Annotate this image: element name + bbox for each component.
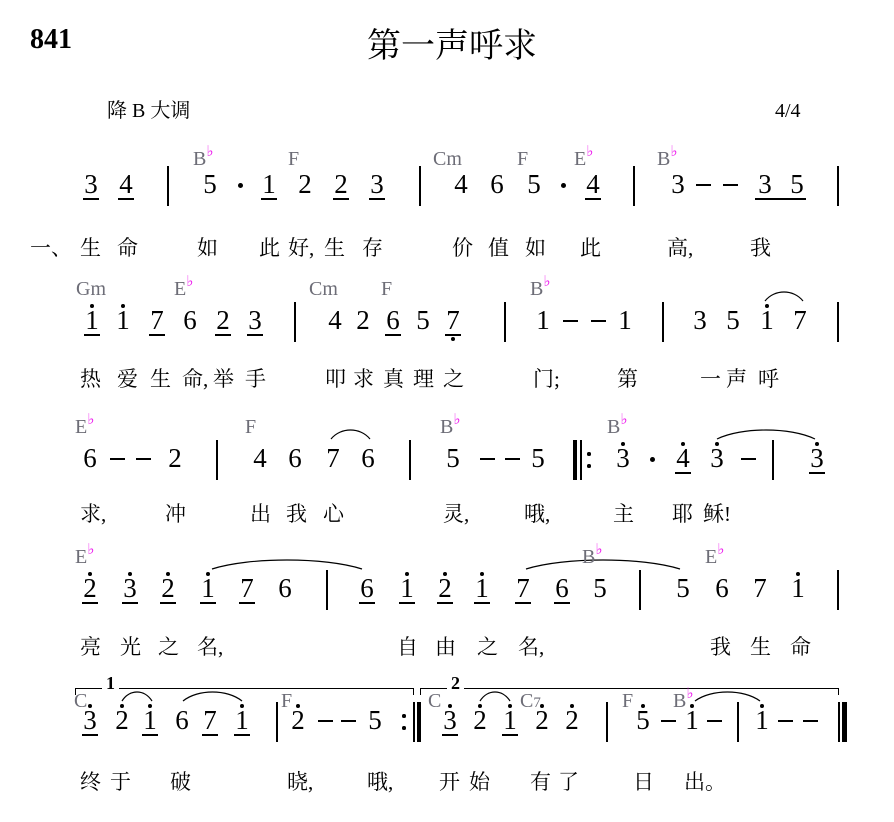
note: 1 <box>677 707 707 734</box>
octave-dot-above <box>641 704 645 708</box>
note-digit: 2 <box>291 705 305 735</box>
note-digit: 1 <box>503 705 517 735</box>
note-digit: 1 <box>755 705 769 735</box>
note: 1 <box>747 707 777 734</box>
eighth-underline <box>142 734 158 736</box>
octave-dot-above <box>690 704 694 708</box>
note-digit: 2 <box>565 705 579 735</box>
note-digit: 1 <box>685 705 699 735</box>
extension-dash <box>318 720 333 722</box>
octave-dot-above <box>148 704 152 708</box>
octave-dot-above <box>570 704 574 708</box>
final-barline-thick <box>842 702 847 742</box>
barline <box>737 702 739 742</box>
extension-dash <box>803 720 818 722</box>
note: 2 <box>107 707 137 734</box>
note-digit: 3 <box>443 705 457 735</box>
note-digit: 5 <box>368 705 382 735</box>
note: 1 <box>227 707 257 734</box>
lyric-syllable: 晓, <box>287 770 313 794</box>
note: 7 <box>195 707 225 734</box>
lyric-syllable: 日 <box>633 770 654 794</box>
note: 2 <box>527 707 557 734</box>
volta-number: 1 <box>102 675 119 692</box>
note: 2 <box>465 707 495 734</box>
eighth-underline <box>82 734 98 736</box>
octave-dot-above <box>448 704 452 708</box>
barline <box>276 702 278 742</box>
note-digit: 1 <box>143 705 157 735</box>
lyric-syllable: 出。 <box>684 770 726 794</box>
lyric-syllable: 有 <box>530 770 551 794</box>
extension-dash <box>661 720 676 722</box>
note: 1 <box>135 707 165 734</box>
note: 6 <box>167 707 197 734</box>
note-digit: 2 <box>115 705 129 735</box>
repeat-end-thick <box>417 702 421 742</box>
note-digit: 1 <box>235 705 249 735</box>
octave-dot-above <box>240 704 244 708</box>
extension-dash <box>707 720 722 722</box>
octave-dot-above <box>508 704 512 708</box>
lyric-syllable: 终 <box>80 770 101 794</box>
note: 2 <box>557 707 587 734</box>
octave-dot-above <box>88 704 92 708</box>
note-digit: 5 <box>636 705 650 735</box>
extension-dash <box>341 720 356 722</box>
note: 3 <box>435 707 465 734</box>
note: 1 <box>495 707 525 734</box>
lyric-syllable: 破 <box>170 770 191 794</box>
note-digit: 2 <box>473 705 487 735</box>
volta-bracket: 1 <box>75 688 414 695</box>
note: 5 <box>628 707 658 734</box>
eighth-underline <box>502 734 518 736</box>
lyric-syllable: 哦, <box>367 770 393 794</box>
volta-number: 2 <box>447 675 464 692</box>
octave-dot-above <box>540 704 544 708</box>
repeat-dot <box>402 726 406 730</box>
note: 2 <box>283 707 313 734</box>
note-digit: 6 <box>175 705 189 735</box>
extension-dash <box>778 720 793 722</box>
octave-dot-above <box>120 704 124 708</box>
staff-system-5: 12CFCC7FB♭3216712532122511终于破晓,哦,开始有了日出。 <box>0 0 894 822</box>
octave-dot-above <box>296 704 300 708</box>
eighth-underline <box>202 734 218 736</box>
repeat-dot <box>402 714 406 718</box>
octave-dot-above <box>478 704 482 708</box>
eighth-underline <box>234 734 250 736</box>
note-digit: 2 <box>535 705 549 735</box>
sheet-music-page: 841 第一声呼求 降 B 大调 4/4 B♭FCmFE♭B♭345122346… <box>0 0 894 822</box>
repeat-end-thin <box>413 702 415 742</box>
note-digit: 7 <box>203 705 217 735</box>
lyric-syllable: 于 <box>110 770 131 794</box>
barline <box>606 702 608 742</box>
lyric-syllable: 始 <box>469 770 490 794</box>
eighth-underline <box>442 734 458 736</box>
note: 3 <box>75 707 105 734</box>
lyric-syllable: 了 <box>558 770 579 794</box>
lyric-syllable: 开 <box>439 770 460 794</box>
note-digit: 3 <box>83 705 97 735</box>
flat-sign-icon: ♭ <box>686 684 693 702</box>
octave-dot-above <box>760 704 764 708</box>
final-barline-thin <box>838 702 840 742</box>
note: 5 <box>360 707 390 734</box>
